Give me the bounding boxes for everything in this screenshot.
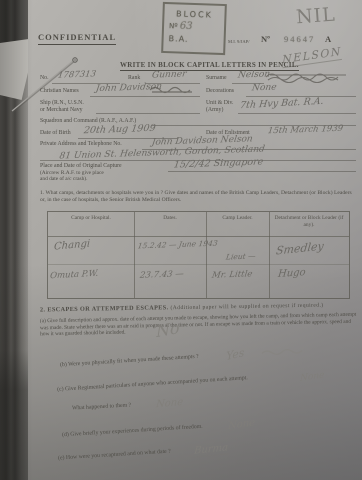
table-header-leader: Camp Leader. bbox=[206, 215, 269, 222]
field-underline bbox=[90, 95, 200, 97]
field-rank-value: Gunner bbox=[151, 69, 187, 80]
table-cell: Mr. Little bbox=[211, 269, 253, 280]
mi9-reference: M.I. 9/JAP/ bbox=[228, 39, 250, 44]
pencil-scribble bbox=[150, 85, 195, 94]
pencil-scribble bbox=[266, 71, 351, 83]
field-underline bbox=[96, 112, 200, 114]
field-christian-label: Christian Names bbox=[40, 88, 79, 95]
table-header-line bbox=[48, 236, 349, 237]
table-column-line bbox=[134, 212, 135, 298]
table-cell: Lieut — bbox=[225, 251, 256, 261]
field-decorations-value: None bbox=[251, 83, 277, 94]
block-stamp-no-value: 63 bbox=[180, 21, 193, 32]
answer-a: No bbox=[156, 318, 180, 341]
field-capture-note-2: and date of a/c crash). bbox=[40, 176, 87, 182]
form-instruction: WRITE IN BLOCK CAPITAL LETTERS IN PENCIL… bbox=[120, 61, 299, 71]
table-cell: 23.7.43 — bbox=[139, 269, 184, 281]
field-underline bbox=[168, 170, 356, 172]
field-surname-label: Surname bbox=[206, 75, 227, 82]
table-column-line bbox=[206, 212, 207, 298]
table-row-line bbox=[48, 264, 349, 265]
nil-annotation: NIL bbox=[295, 4, 336, 29]
serial-suffix: A bbox=[325, 35, 331, 45]
field-ship-label-2: or Merchant Navy bbox=[40, 107, 83, 114]
field-ship-label: Ship (R.N., U.S.N. bbox=[40, 100, 84, 107]
field-underline bbox=[238, 112, 356, 114]
field-unit-label-2: (Army) bbox=[206, 107, 223, 114]
field-capture-label: Place and Date of Original Capture bbox=[40, 163, 122, 170]
table-cell: Hugo bbox=[277, 267, 306, 280]
field-address-label: Private Address and Telephone No. bbox=[40, 141, 122, 148]
scanned-document-photo: BLOCK Nº 63 B.A. NIL CONFIDENTIAL M.I. 9… bbox=[0, 0, 362, 480]
table-header-camp: Camp or Hospital. bbox=[48, 215, 134, 222]
field-no-value: 1787313 bbox=[57, 69, 96, 80]
block-stamp-no-label: Nº bbox=[169, 22, 178, 30]
table-cell: Omuta P.W. bbox=[50, 269, 99, 282]
serial-number: 94647 bbox=[284, 35, 315, 45]
field-decorations-label: Decorations bbox=[206, 88, 234, 95]
block-stamp: BLOCK Nº 63 B.A. bbox=[161, 2, 227, 55]
field-unit-label: Unit & Div. bbox=[206, 100, 233, 107]
table-header-detachment: Detachment or Block Leader (if any). bbox=[269, 215, 349, 229]
camps-table: Camp or Hospital. Dates. Camp Leader. De… bbox=[47, 211, 350, 299]
table-cell: Changi bbox=[54, 238, 91, 252]
field-rank-label: Rank bbox=[128, 75, 140, 82]
block-stamp-line3: B.A. bbox=[163, 33, 223, 46]
field-no-label: No. bbox=[40, 75, 49, 82]
confidential-marking: CONFIDENTIAL bbox=[38, 33, 116, 45]
section1-question: 1. What camps, detachments or hospitals … bbox=[40, 190, 356, 204]
serial-no-label: Nº bbox=[261, 35, 270, 45]
field-dob-label: Date of Birth bbox=[40, 130, 71, 137]
table-header-dates: Dates. bbox=[134, 215, 206, 222]
table-cell: Smedley bbox=[275, 239, 324, 257]
